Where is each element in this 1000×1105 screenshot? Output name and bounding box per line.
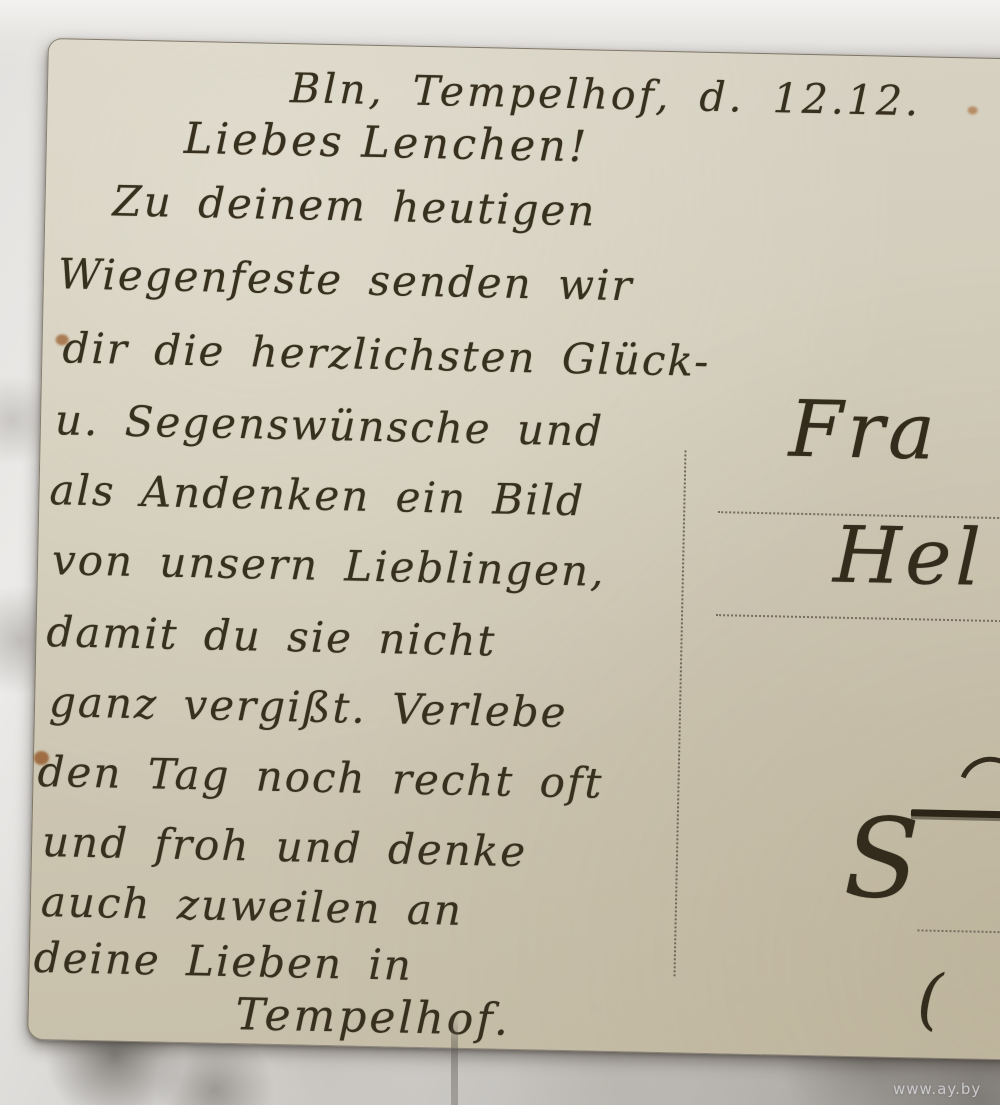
parenthesis-fragment: ( xyxy=(916,960,943,1038)
dateline: Bln, Tempelhof, d. 12.12. xyxy=(290,64,922,125)
postcard-divider-line xyxy=(673,450,686,976)
underline-mark xyxy=(911,809,1000,819)
message-line: u. Segenswünsche und xyxy=(55,399,605,452)
message-line: dir die herzlichsten Glück- xyxy=(62,327,711,383)
message-line: ganz vergißt. Verlebe xyxy=(49,681,568,734)
postcard-photo: Bln, Tempelhof, d. 12.12. Liebes Lenchen… xyxy=(0,0,1000,1105)
message-line: von unsern Lieblingen, xyxy=(52,539,606,593)
message-line: Wiegenfeste senden wir xyxy=(58,253,634,307)
message-line: den Tag noch recht oft xyxy=(37,751,604,805)
message-line: Zu deinem heutigen xyxy=(112,180,597,232)
marble-seam xyxy=(451,1015,458,1105)
address-line-2: Hel xyxy=(832,511,985,604)
postcard: Bln, Tempelhof, d. 12.12. Liebes Lenchen… xyxy=(27,38,1000,1062)
watermark: www.ay.by xyxy=(893,1080,981,1098)
address-initial: S xyxy=(843,794,921,924)
message-line: damit du sie nicht xyxy=(46,611,497,662)
message-line: auch zuweilen an xyxy=(40,881,463,932)
message-line: als Andenken ein Bild xyxy=(49,469,585,522)
message-line: deine Lieben in xyxy=(33,937,413,987)
age-spot xyxy=(968,106,978,114)
address-guide-line xyxy=(716,614,1000,624)
address-line-1: Fra xyxy=(788,385,940,478)
message-line: und froh und denke xyxy=(42,821,528,873)
signoff: Tempelhof. xyxy=(235,989,512,1046)
address-guide-line xyxy=(917,929,1000,934)
salutation: Liebes Lenchen! xyxy=(183,114,589,172)
